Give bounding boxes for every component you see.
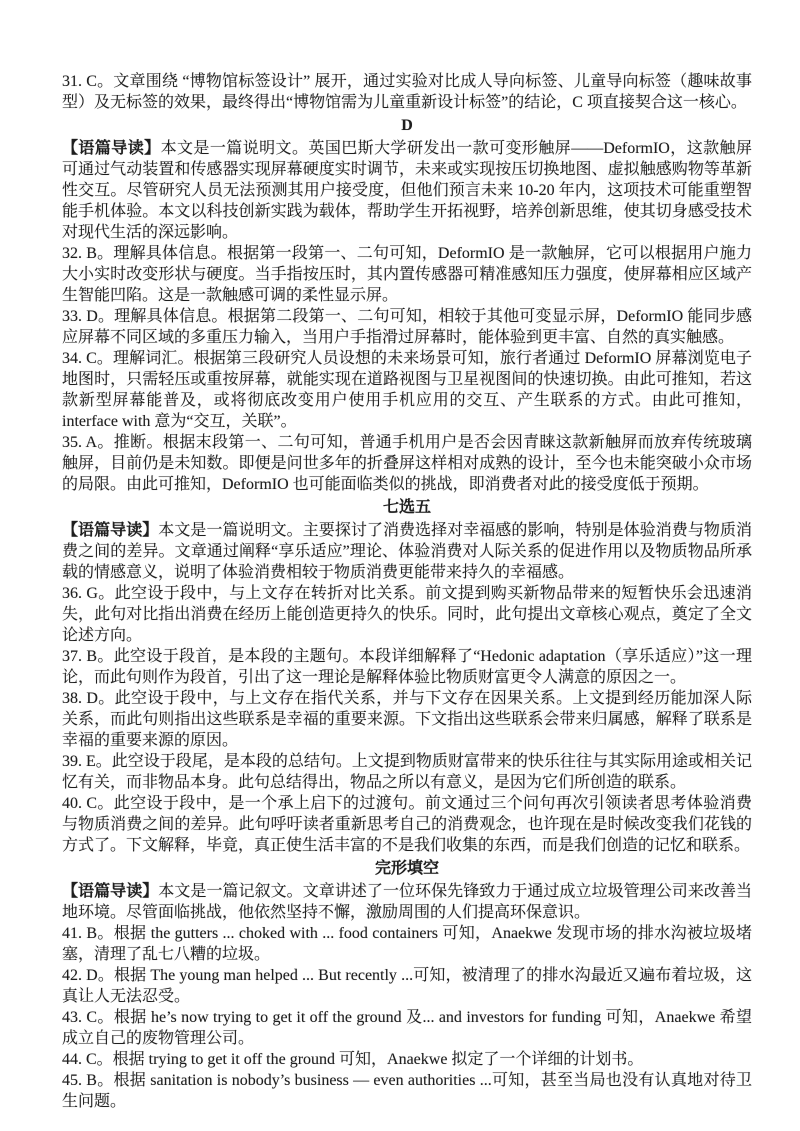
answer-explanation-33: 33. D。理解具体信息。根据第二段第一、二句可知，相较于其他可变显示屏，Def… xyxy=(62,306,752,348)
section-heading-seven-choose-five: 七选五 xyxy=(62,495,752,520)
passage-guide-seven-choose-five: 【语篇导读】本文是一篇说明文。主要探讨了消费选择对幸福感的影响，特别是体验消费与… xyxy=(62,520,752,583)
answer-explanation-35: 35. A。推断。根据末段第一、二句可知，普通手机用户是否会因青睐这款新触屏而放… xyxy=(62,432,752,495)
guide-label: 【语篇导读】 xyxy=(62,140,161,157)
passage-guide-section-d: 【语篇导读】本文是一篇说明文。英国巴斯大学研发出一款可变形触屏——DeformI… xyxy=(62,138,752,243)
answer-explanation-43: 43. C。根据 he’s now trying to get it off t… xyxy=(62,1007,752,1049)
guide-text: 本文是一篇说明文。主要探讨了消费选择对幸福感的影响，特别是体验消费与物质消费之间… xyxy=(62,522,752,581)
answer-explanation-44: 44. C。根据 trying to get it off the ground… xyxy=(62,1049,752,1070)
section-heading-cloze-test: 完形填空 xyxy=(62,856,752,881)
guide-label: 【语篇导读】 xyxy=(62,522,158,539)
answer-explanation-31: 31. C。文章围绕 “博物馆标签设计” 展开，通过实验对比成人导向标签、儿童导… xyxy=(62,71,752,113)
answer-explanation-38: 38. D。此空设于段中，与上文存在指代关系，并与下文存在因果关系。上文提到经历… xyxy=(62,688,752,751)
answer-explanation-37: 37. B。此空设于段首，是本段的主题句。本段详细解释了“Hedonic ada… xyxy=(62,646,752,688)
answer-explanation-39: 39. E。此空设于段尾，是本段的总结句。上文提到物质财富带来的快乐往往与其实际… xyxy=(62,751,752,793)
guide-label: 【语篇导读】 xyxy=(62,883,158,900)
section-heading-d: D xyxy=(62,113,752,138)
answer-explanation-42: 42. D。根据 The young man helped ... But re… xyxy=(62,965,752,1007)
answer-explanation-40: 40. C。此空设于段中，是一个承上启下的过渡句。前文通过三个问句再次引领读者思… xyxy=(62,793,752,856)
exam-answer-page: 31. C。文章围绕 “博物馆标签设计” 展开，通过实验对比成人导向标签、儿童导… xyxy=(0,0,800,1131)
answer-explanation-41: 41. B。根据 the gutters ... choked with ...… xyxy=(62,923,752,965)
passage-guide-cloze-test: 【语篇导读】本文是一篇记叙文。文章讲述了一位环保先锋致力于通过成立垃圾管理公司来… xyxy=(62,881,752,923)
guide-text: 本文是一篇记叙文。文章讲述了一位环保先锋致力于通过成立垃圾管理公司来改善当地环境… xyxy=(62,883,752,921)
answer-explanation-34: 34. C。理解词汇。根据第三段研究人员设想的未来场景可知，旅行者通过 Defo… xyxy=(62,348,752,432)
answer-explanation-45: 45. B。根据 sanitation is nobody’s business… xyxy=(62,1070,752,1112)
answer-explanation-32: 32. B。理解具体信息。根据第一段第一、二句可知，DeformIO 是一款触屏… xyxy=(62,243,752,306)
answer-explanation-36: 36. G。此空设于段中，与上文存在转折对比关系。前文提到购买新物品带来的短暂快… xyxy=(62,583,752,646)
guide-text: 本文是一篇说明文。英国巴斯大学研发出一款可变形触屏——DeformIO，这款触屏… xyxy=(62,140,752,241)
